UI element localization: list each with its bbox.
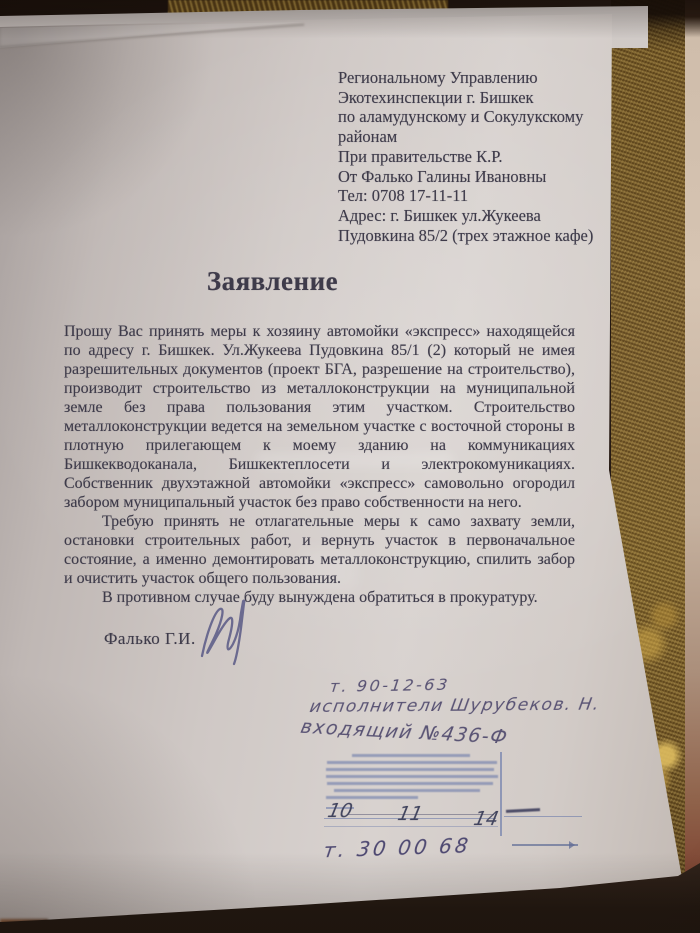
stamp-rule <box>504 816 582 817</box>
stamp-arrow-icon <box>512 844 578 846</box>
document-page: Региональному Управлению Экотехинспекции… <box>0 0 700 933</box>
document-title: Заявление <box>165 266 380 297</box>
stamp-text-line <box>327 761 497 764</box>
stamp-date-year: 14 <box>472 808 501 830</box>
stamp-date-month: 11 <box>396 803 425 825</box>
handwritten-phone-note: т. 90-12-63 <box>329 675 451 696</box>
recipient-line: При правительстве К.Р. <box>338 147 593 167</box>
body-paragraph: Требую принять не отлагательные меры к с… <box>64 512 575 588</box>
stamp-divider <box>500 752 502 836</box>
recipient-line: Экотехинспекции г. Бишкек <box>338 88 593 108</box>
recipient-line: Адрес: г. Бишкек ул.Жукеева <box>338 206 593 226</box>
body-paragraph: В противном случае буду вынуждена обрати… <box>64 588 575 607</box>
recipient-line: Тел: 0708 17-11-11 <box>338 186 593 206</box>
recipient-line: От Фалько Галины Ивановны <box>338 167 593 187</box>
handwritten-phone-note-bottom: т. 30 00 68 <box>322 833 473 862</box>
document-photo: Региональному Управлению Экотехинспекции… <box>0 0 700 933</box>
stamp-handwritten-mark <box>506 808 540 813</box>
recipient-line: Пудовкина 85/2 (трех этажное кафе) <box>338 226 593 246</box>
recipient-line: районам <box>338 127 593 147</box>
recipient-line: по аламудунскому и Сокулукскому <box>338 107 593 127</box>
stamp-text-line <box>326 775 498 778</box>
stamp-text-line <box>327 782 493 785</box>
handwritten-signature <box>192 596 258 670</box>
recipient-line: Региональному Управлению <box>338 68 593 88</box>
stamp-text-line <box>352 754 470 757</box>
body-paragraph: Прошу Вас принять меры к хозяину автомой… <box>64 322 575 512</box>
signature-name: Фалько Г.И. <box>104 629 196 649</box>
stamp-text-line <box>326 768 494 771</box>
stamp-text-line <box>334 789 480 792</box>
recipient-block: Региональному Управлению Экотехинспекции… <box>338 68 593 245</box>
stamp-date-day: 10 <box>326 800 355 822</box>
handwritten-incoming-number: входящий №436-Ф <box>299 716 511 749</box>
background-surface-right <box>685 0 700 933</box>
document-body: Прошу Вас принять меры к хозяину автомой… <box>64 322 575 607</box>
stamp-text-line <box>326 796 418 799</box>
handwritten-executor-note: исполнители Шурубеков. Н. <box>308 695 602 718</box>
